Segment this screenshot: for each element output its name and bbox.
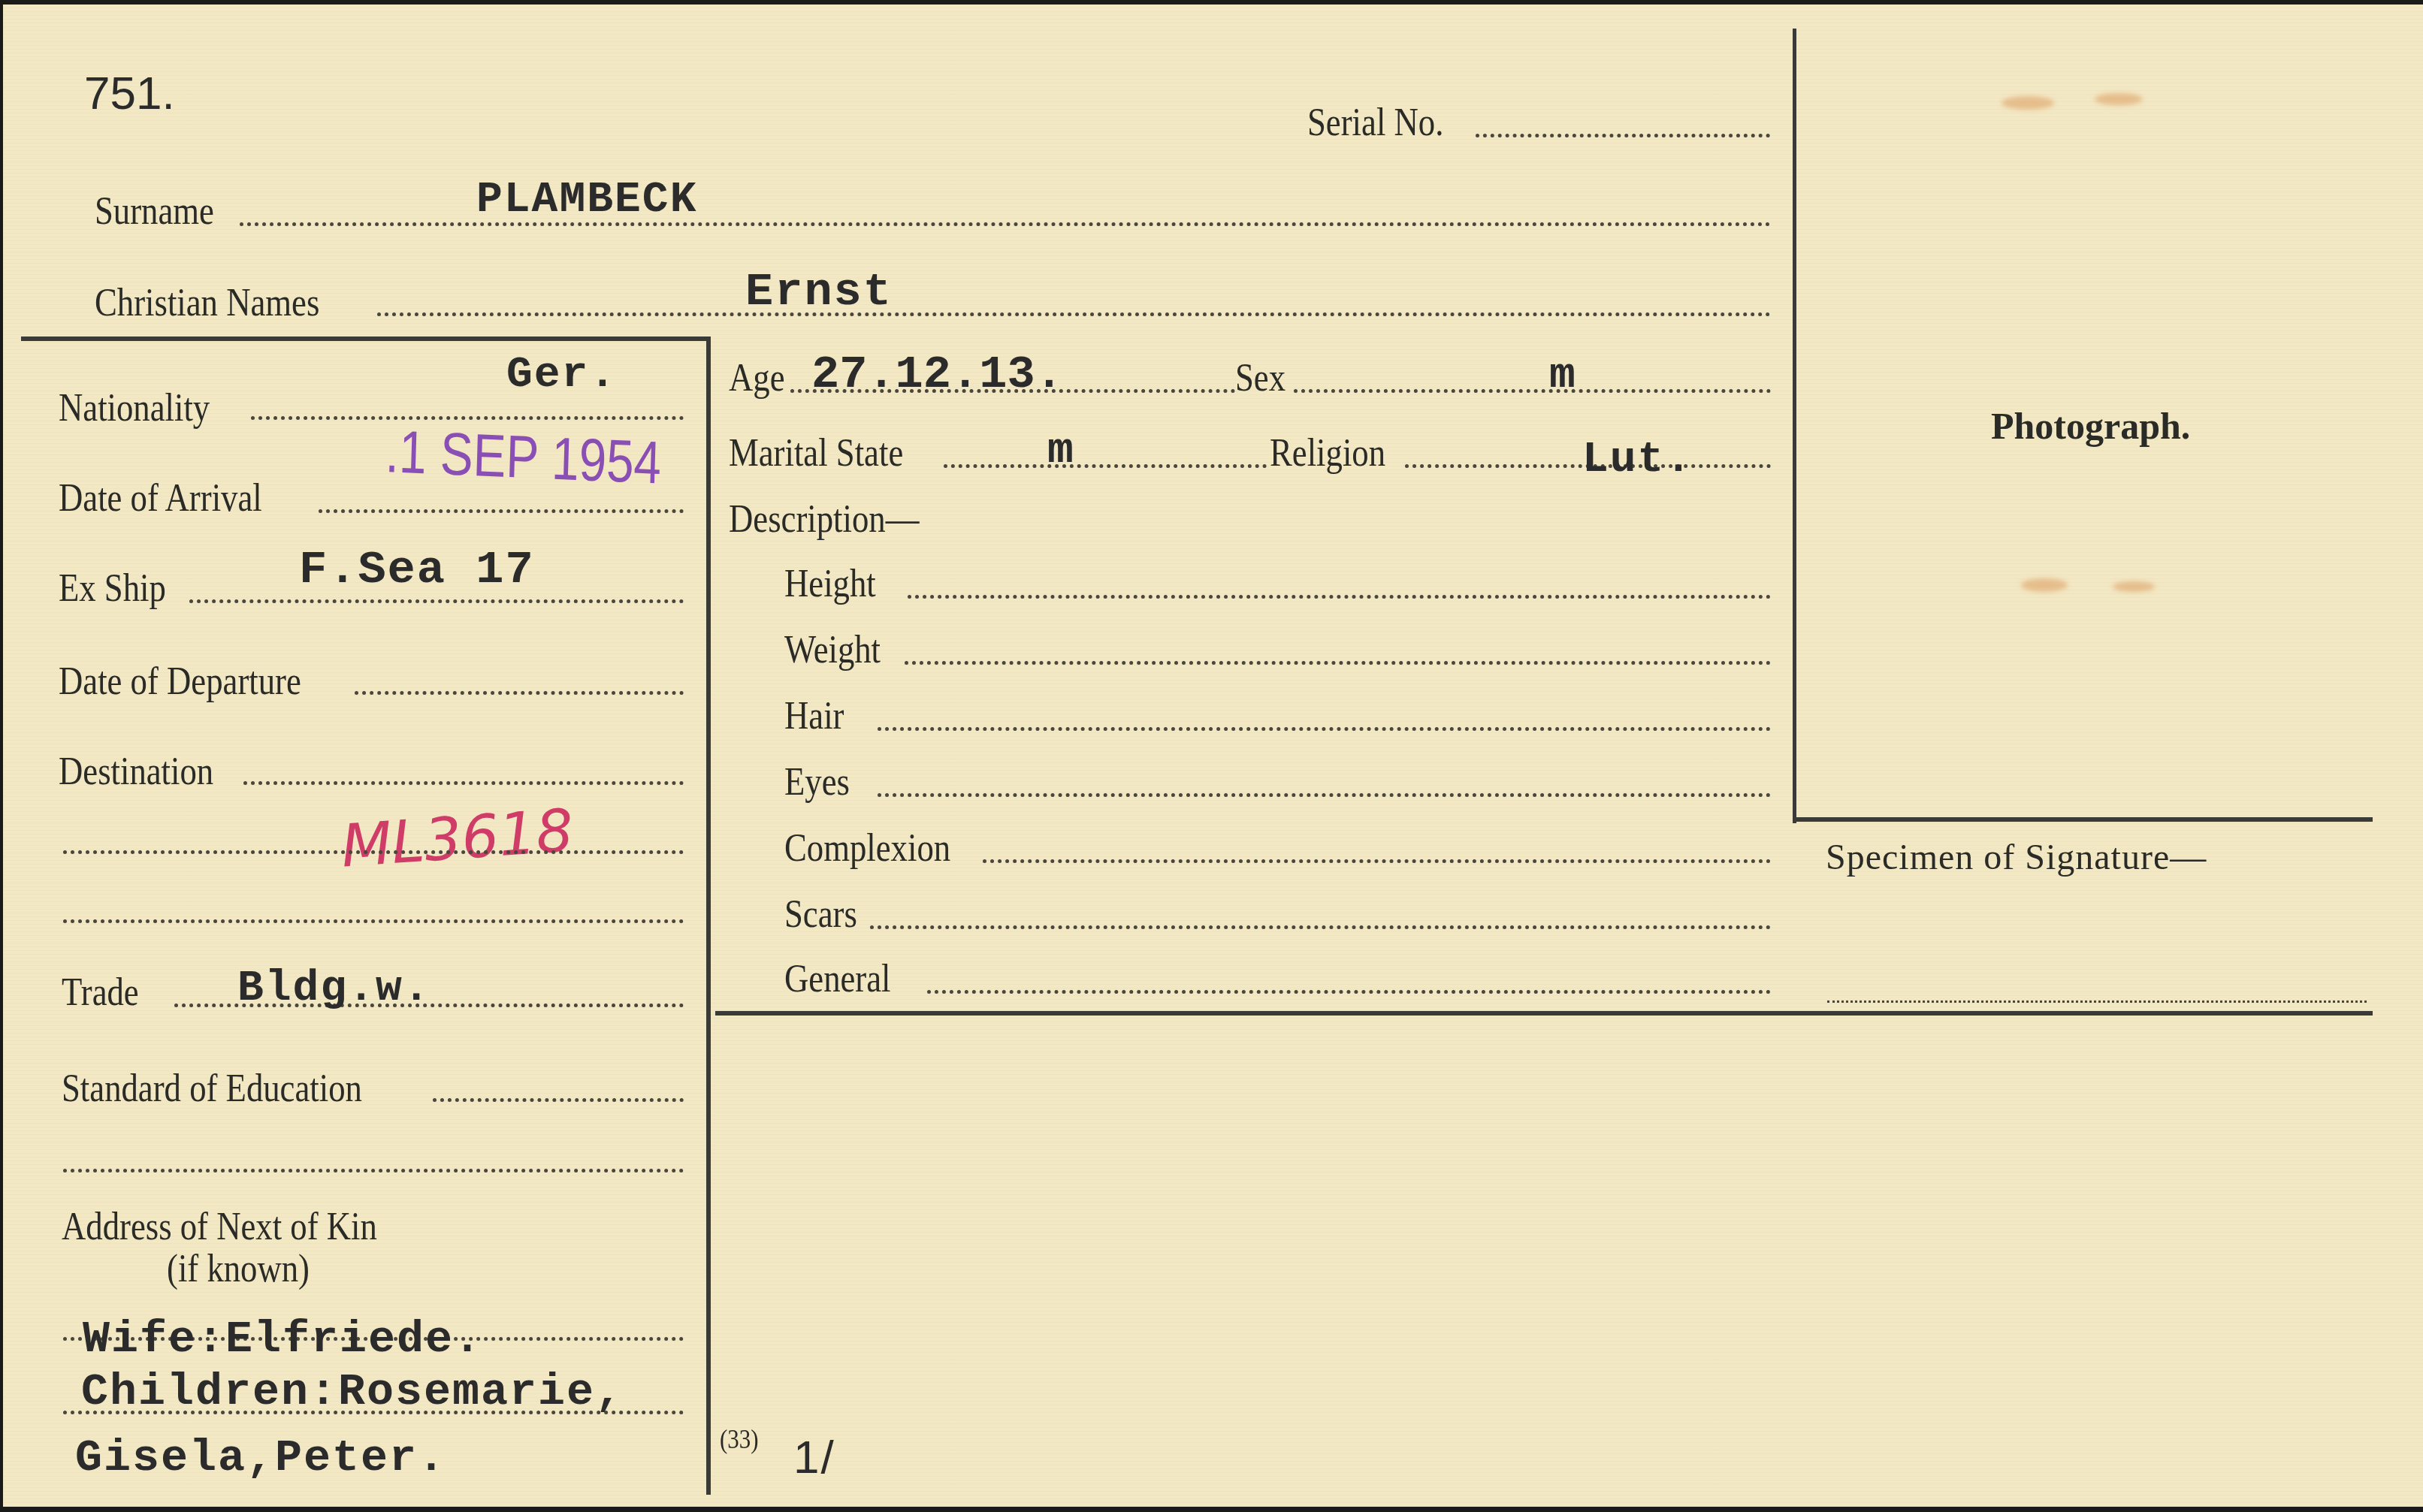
date-of-departure-label: Date of Departure xyxy=(59,662,301,702)
standard-of-education-label: Standard of Education xyxy=(62,1070,362,1109)
hair-label: Hair xyxy=(784,697,844,736)
description-label: Description— xyxy=(729,500,919,539)
general-field[interactable] xyxy=(927,990,1771,994)
date-of-arrival-label: Date of Arrival xyxy=(59,479,262,518)
standard-of-education-field[interactable] xyxy=(433,1098,684,1102)
age-label: Age xyxy=(729,359,785,398)
destination-field[interactable] xyxy=(243,781,684,785)
christian-names-label: Christian Names xyxy=(95,284,319,323)
footer-value: 1/ xyxy=(793,1435,835,1481)
registration-card: 751. Serial No. Surname PLAMBECK Christi… xyxy=(3,5,2423,1507)
general-label: General xyxy=(784,960,891,999)
sex-value: m xyxy=(1549,355,1577,398)
marital-state-field[interactable] xyxy=(944,464,1267,468)
nationality-label: Nationality xyxy=(59,389,210,428)
religion-label: Religion xyxy=(1270,434,1385,473)
ex-ship-value: F.Sea 17 xyxy=(299,547,535,593)
destination-label: Destination xyxy=(59,753,213,792)
record-number: 751. xyxy=(84,71,175,117)
nationality-value: Ger. xyxy=(506,354,617,397)
signature-label: Specimen of Signature— xyxy=(1826,840,2207,876)
sex-field[interactable] xyxy=(1294,389,1771,393)
date-of-arrival-field[interactable] xyxy=(319,509,684,513)
marital-state-label: Marital State xyxy=(729,434,903,473)
surname-label: Surname xyxy=(95,192,214,231)
next-of-kin-sublabel: (if known) xyxy=(167,1250,310,1289)
trade-value: Bldg.w. xyxy=(237,967,431,1011)
destination-handwritten-note: ML3618 xyxy=(340,801,576,876)
nationality-field[interactable] xyxy=(251,416,684,420)
photo-box-bottom-rule xyxy=(1793,817,2373,822)
height-field[interactable] xyxy=(908,595,1771,599)
footer-code: (33) xyxy=(720,1426,759,1453)
scars-label: Scars xyxy=(784,895,857,934)
ex-ship-field[interactable] xyxy=(189,599,684,603)
age-field[interactable] xyxy=(790,389,1235,393)
height-label: Height xyxy=(784,565,876,604)
next-of-kin-line-3: Gisela,Peter. xyxy=(75,1436,446,1481)
education-field-line-2[interactable] xyxy=(63,1169,684,1172)
trade-label: Trade xyxy=(62,973,139,1013)
hair-field[interactable] xyxy=(878,727,1771,731)
signature-field[interactable] xyxy=(1827,1000,2367,1003)
date-of-departure-field[interactable] xyxy=(355,691,684,695)
next-of-kin-line-2: Children:Rosemarie, xyxy=(81,1370,624,1415)
destination-field-line-3[interactable] xyxy=(63,919,684,923)
photo-box-left-rule xyxy=(1793,29,1796,823)
arrival-date-stamp: .1 SEP 1954 xyxy=(385,421,662,493)
sex-label: Sex xyxy=(1235,359,1286,398)
description-bottom-rule xyxy=(715,1011,2373,1016)
serial-no-label: Serial No. xyxy=(1307,104,1443,143)
complexion-label: Complexion xyxy=(784,829,950,868)
marital-state-value: m xyxy=(1047,430,1075,473)
surname-value: PLAMBECK xyxy=(476,179,697,222)
serial-no-field[interactable] xyxy=(1476,134,1770,137)
religion-value: Lut. xyxy=(1582,439,1693,482)
photograph-label: Photograph. xyxy=(1991,407,2190,445)
next-of-kin-label: Address of Next of Kin xyxy=(62,1208,377,1247)
weight-label: Weight xyxy=(784,631,881,670)
eyes-field[interactable] xyxy=(878,793,1771,797)
left-column-top-rule xyxy=(21,337,711,341)
ex-ship-label: Ex Ship xyxy=(59,569,166,608)
weight-field[interactable] xyxy=(905,661,1771,665)
surname-field[interactable] xyxy=(240,222,1771,226)
scars-field[interactable] xyxy=(870,925,1771,929)
christian-names-field[interactable] xyxy=(377,312,1771,316)
destination-field-line-2[interactable] xyxy=(63,850,684,854)
next-of-kin-line-1: Wife:Elfriede. xyxy=(83,1317,482,1363)
left-column-divider xyxy=(706,337,711,1495)
eyes-label: Eyes xyxy=(784,763,850,802)
complexion-field[interactable] xyxy=(983,859,1771,863)
christian-names-value: Ernst xyxy=(745,269,893,315)
